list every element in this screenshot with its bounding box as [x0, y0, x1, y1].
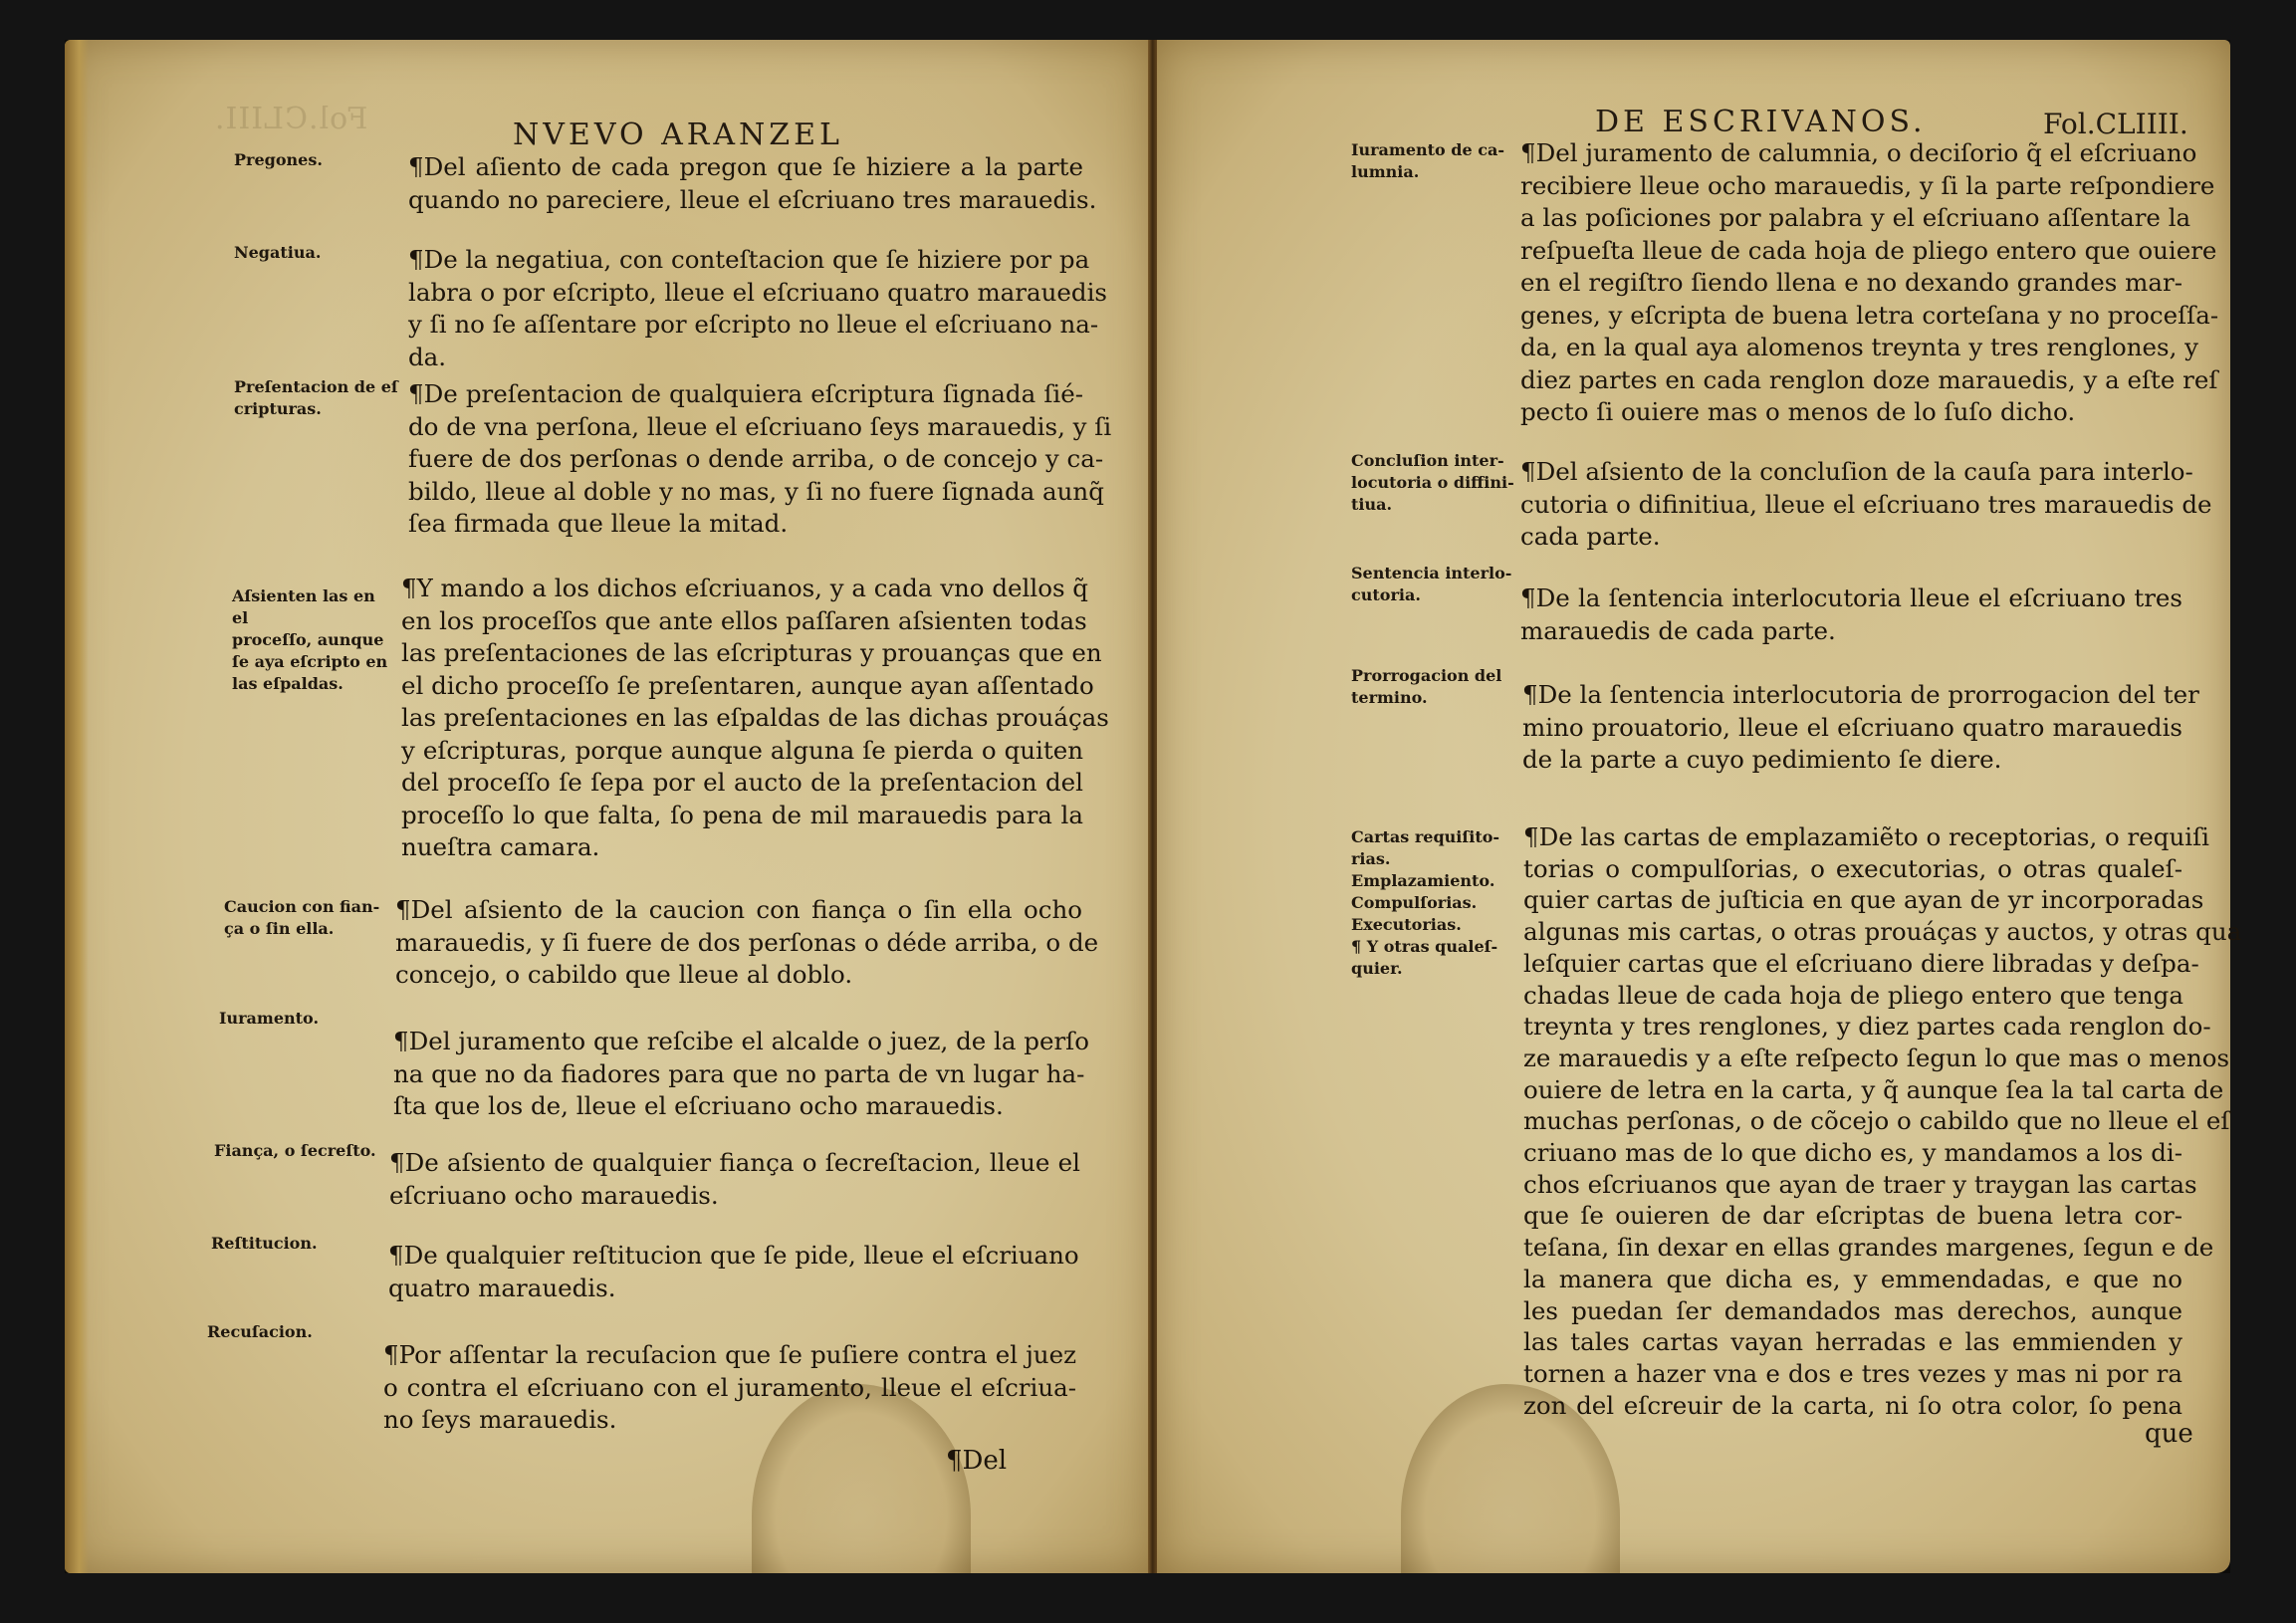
paragraph: ¶De las cartas de emplazamiẽto o recepto… — [1523, 821, 2182, 1421]
margin-note: Negatiua. — [234, 242, 398, 264]
folio-number: Fol.CLIIII. — [2043, 108, 2188, 140]
paragraph: ¶De aſsiento de qualquier fiança o ſecre… — [389, 1147, 1080, 1212]
paragraph: ¶Y mando a los dichos eſcriuanos, y a ca… — [401, 573, 1083, 864]
margin-note: Caucion con fian- ça o ſin ella. — [224, 896, 388, 940]
paragraph: ¶Del juramento que reſcibe el alcalde o … — [393, 1026, 1080, 1123]
paragraph: ¶Del aſsiento de la concluſion de la cau… — [1520, 456, 2182, 554]
margin-note: Sentencia interlo- cutoria. — [1351, 563, 1515, 606]
margin-note: Iuramento de ca- lumnia. — [1351, 139, 1515, 183]
left-page: Fol.CLIII. NVEVO ARANZEL Pregones. ¶Del … — [65, 40, 1150, 1573]
paragraph: ¶De la negatiua, con conteſtacion que ſe… — [408, 244, 1083, 373]
running-head: DE ESCRIVANOS. — [1595, 105, 1927, 139]
margin-note: Preſentacion de eſ cripturas. — [234, 376, 398, 420]
margin-note: Recuſacion. — [207, 1321, 371, 1343]
page-edge — [65, 40, 89, 1573]
catchword: ¶Del — [946, 1446, 1007, 1476]
paragraph: ¶Del aſsiento de la caucion con fiança o… — [395, 894, 1082, 992]
margin-note: Pregones. — [234, 149, 398, 171]
catchword: que — [2145, 1419, 2193, 1449]
margin-note: Cartas requiſito- rias. Emplazamiento. C… — [1351, 826, 1515, 980]
running-head: NVEVO ARANZEL — [513, 117, 843, 152]
margin-note: Iuramento. — [219, 1008, 383, 1030]
book-spread: Fol.CLIII. NVEVO ARANZEL Pregones. ¶Del … — [65, 40, 2230, 1573]
paragraph: ¶Por aſſentar la recuſacion que ſe puſie… — [383, 1339, 1076, 1437]
bleed-through-folio: Fol.CLIII. — [214, 102, 367, 136]
margin-note: Prorrogacion del termino. — [1351, 665, 1515, 709]
margin-note: Aſsienten las en el proceſſo, aunque ſe … — [232, 585, 396, 695]
paragraph: ¶De preſentacion de qualquiera eſcriptur… — [408, 378, 1083, 541]
margin-note: Concluſion inter- locutoria o diffini- t… — [1351, 450, 1515, 516]
right-page: DE ESCRIVANOS. Fol.CLIIII. Iuramento de … — [1157, 40, 2230, 1573]
paragraph: ¶Del aſiento de cada pregon que ſe hizie… — [408, 151, 1083, 216]
margin-note: Fiança, o ſecreſto. — [214, 1140, 403, 1162]
paragraph: ¶De qualquier reſtitucion que ſe pide, l… — [388, 1240, 1077, 1304]
paragraph: ¶De la ſentencia interlocutoria lleue el… — [1520, 582, 2182, 647]
paragraph: ¶De la ſentencia interlocutoria de prorr… — [1522, 679, 2182, 777]
margin-note: Reſtitucion. — [211, 1233, 375, 1255]
paragraph: ¶Del juramento de calumnia, o deciſorio … — [1520, 137, 2182, 429]
